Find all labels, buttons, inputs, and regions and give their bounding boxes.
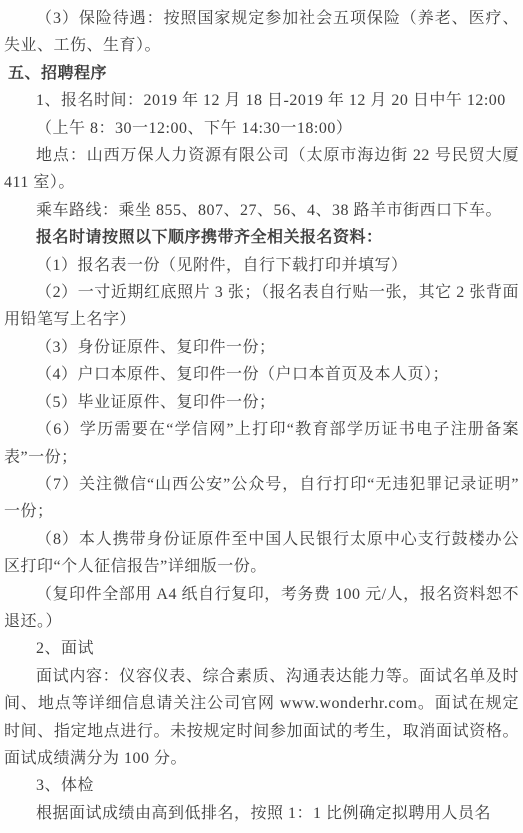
para-material-7: （7）关注微信“山西公安”公众号，自行打印“无违犯罪记录证明”一份； bbox=[4, 471, 519, 526]
para-interview-details: 面试内容：仪容仪表、综合素质、沟通表达能力等。面试名单及时间、地点等详细信息请关… bbox=[4, 663, 519, 773]
para-material-8: （8）本人携带身份证原件至中国人民银行太原中心支行鼓楼办公区打印“个人征信报告”… bbox=[4, 526, 519, 581]
para-registration-location: 地点：山西万保人力资源有限公司（太原市海边街 22 号民贸大厦 411 室）。 bbox=[4, 142, 519, 197]
para-registration-time: 1、报名时间：2019 年 12 月 18 日-2019 年 12 月 20 日… bbox=[4, 87, 519, 114]
para-material-2: （2）一寸近期红底照片 3 张；（报名表自行贴一张，其它 2 张背面用铅笔写上名… bbox=[4, 279, 519, 334]
para-registration-hours: （上午 8：30一12:00、下午 14:30一18:00） bbox=[4, 115, 519, 142]
para-copy-fee-note: （复印件全部用 A4 纸自行复印，考务费 100 元/人，报名资料恕不退还。） bbox=[4, 581, 519, 636]
para-material-4: （4）户口本原件、复印件一份（户口本首页及本人页）； bbox=[4, 361, 519, 388]
para-physical-exam-details: 根据面试成绩由高到低排名，按照 1：1 比例确定拟聘用人员名 bbox=[4, 800, 519, 827]
para-material-1: （1）报名表一份（见附件，自行下载打印并填写） bbox=[4, 252, 519, 279]
para-material-5: （5）毕业证原件、复印件一份； bbox=[4, 389, 519, 416]
heading-physical-exam: 3、体检 bbox=[4, 772, 519, 799]
para-insurance-benefits: （3）保险待遇：按照国家规定参加社会五项保险（养老、医疗、失业、工伤、生育）。 bbox=[4, 5, 519, 60]
heading-required-materials: 报名时请按照以下顺序携带齐全相关报名资料： bbox=[4, 224, 519, 251]
recruitment-notice-document: （3）保险待遇：按照国家规定参加社会五项保险（养老、医疗、失业、工伤、生育）。 … bbox=[0, 0, 523, 833]
heading-interview: 2、面试 bbox=[4, 635, 519, 662]
para-material-3: （3）身份证原件、复印件一份； bbox=[4, 334, 519, 361]
para-bus-route: 乘车路线：乘坐 855、807、27、56、4、38 路羊市街西口下车。 bbox=[4, 197, 519, 224]
heading-recruitment-procedure: 五、招聘程序 bbox=[4, 60, 519, 87]
para-material-6: （6）学历需要在“学信网”上打印“教育部学历证书电子注册备案表”一份； bbox=[4, 416, 519, 471]
